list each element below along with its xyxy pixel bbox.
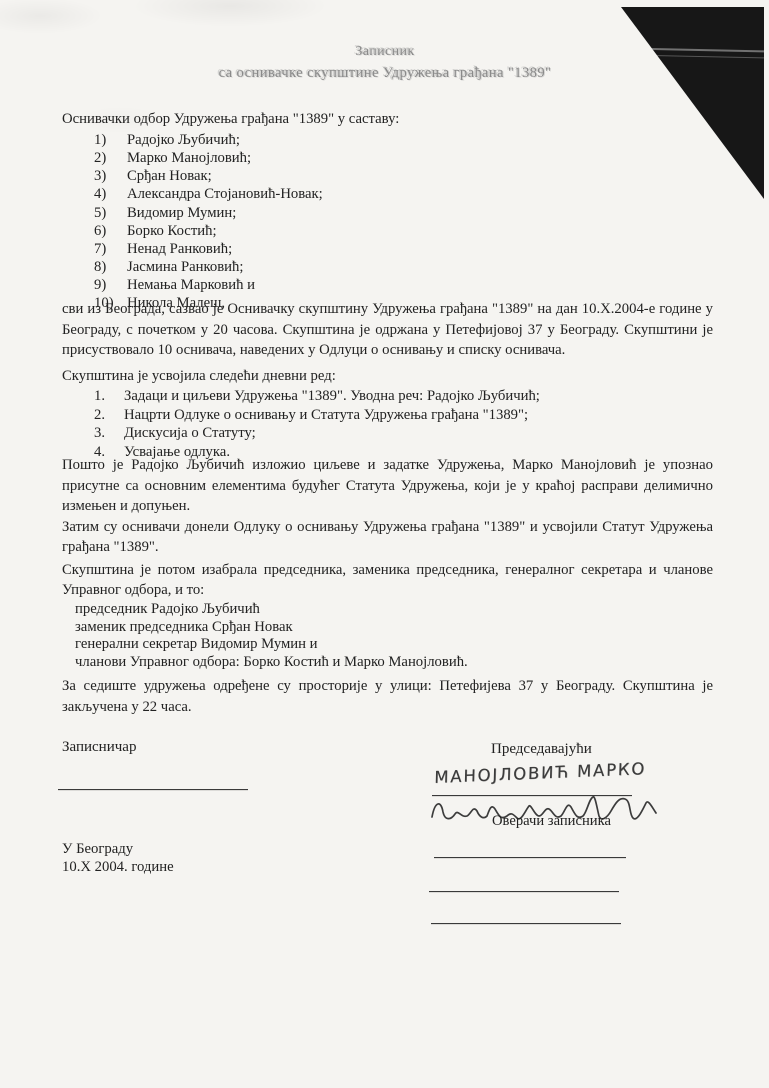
founders-list: 1)Радојко Љубичић; 2)Марко Манојловић; 3…: [94, 131, 323, 313]
list-item: 3)Срђан Новак;: [94, 167, 323, 185]
recorder-signature-line: [58, 789, 248, 790]
list-number: 1): [94, 131, 127, 149]
founder-name: Радојко Љубичић;: [127, 131, 240, 149]
convocation-paragraph: сви из Београда, сазвао је Оснивачку ску…: [62, 299, 713, 361]
list-item: 1.Задаци и циљеви Удружења "1389". Уводн…: [94, 387, 540, 406]
list-item: 9)Немања Марковић и: [94, 276, 323, 294]
list-item: 1)Радојко Љубичић;: [94, 131, 323, 149]
list-number: 2): [94, 149, 127, 167]
seat-paragraph: За седиште удружења одређене су простори…: [62, 676, 713, 717]
list-item: 2)Марко Манојловић;: [94, 149, 323, 167]
list-item: 6)Борко Костић;: [94, 222, 323, 240]
agenda-list: 1.Задаци и циљеви Удружења "1389". Уводн…: [94, 387, 540, 461]
list-number: 9): [94, 276, 127, 294]
certifier-signature-line-1: [434, 857, 626, 858]
founder-name: Видомир Мумин;: [127, 204, 236, 222]
list-number: 2.: [94, 406, 124, 425]
certifiers-label: Оверачи записника: [492, 813, 611, 830]
recorder-label: Записничар: [62, 739, 136, 756]
founder-name: Ненад Ранковић;: [127, 240, 232, 258]
founder-name: Борко Костић;: [127, 222, 217, 240]
document-title: Записник: [60, 44, 710, 60]
chairman-label: Председавајући: [491, 741, 592, 758]
agenda-item-text: Нацрти Одлуке о оснивању и Статута Удруж…: [124, 406, 528, 425]
date-line: 10.Х 2004. године: [62, 859, 174, 876]
list-item: 2.Нацрти Одлуке о оснивању и Статута Удр…: [94, 406, 540, 425]
agenda-lead: Скупштина је усвојила следећи дневни ред…: [62, 368, 713, 385]
list-number: 1.: [94, 387, 124, 406]
list-number: 5): [94, 204, 127, 222]
chairman-handwritten-name: МАНОЈЛОВИЋ МАРКО: [434, 759, 646, 787]
certifier-signature-line-3: [431, 923, 621, 924]
election-lead: Скупштина је потом изабрала председника,…: [62, 561, 713, 600]
agenda-item-text: Дискусија о Статуту;: [124, 424, 256, 443]
scan-corner-artifact: [621, 7, 764, 199]
agenda-item-text: Задаци и циљеви Удружења "1389". Уводна …: [124, 387, 540, 406]
list-item: 7)Ненад Ранковић;: [94, 240, 323, 258]
statute-discussion-paragraph: Пошто је Радојко Љубичић изложио циљеве …: [62, 455, 713, 517]
list-number: 3): [94, 167, 127, 185]
list-number: 7): [94, 240, 127, 258]
list-number: 6): [94, 222, 127, 240]
officer-line: генерални секретар Видомир Мумин и: [75, 636, 713, 654]
document-subtitle: са оснивачке скупштине Удружења грађана …: [60, 65, 710, 82]
scanned-document-page: Записник са оснивачке скупштине Удружења…: [0, 0, 769, 1088]
founder-name: Јасмина Ранковић;: [127, 258, 243, 276]
place-line: У Београду: [62, 841, 133, 858]
officer-line: председник Радојко Љубичић: [75, 601, 713, 619]
election-block: Скупштина је потом изабрала председника,…: [62, 561, 713, 671]
officer-line: заменик председника Срђан Новак: [75, 619, 713, 637]
list-item: 3.Дискусија о Статуту;: [94, 424, 540, 443]
founder-name: Марко Манојловић;: [127, 149, 251, 167]
list-item: 4)Александра Стојановић-Новак;: [94, 185, 323, 203]
list-number: 4): [94, 185, 127, 203]
list-item: 5)Видомир Мумин;: [94, 204, 323, 222]
elected-officers-list: председник Радојко Љубичић заменик предс…: [62, 601, 713, 671]
chairman-signature-line: [432, 795, 632, 796]
founder-name: Срђан Новак;: [127, 167, 212, 185]
list-item: 8)Јасмина Ранковић;: [94, 258, 323, 276]
certifier-signature-line-2: [429, 891, 619, 892]
list-number: 8): [94, 258, 127, 276]
founders-lead: Оснивачки одбор Удружења грађана "1389" …: [62, 111, 713, 128]
decision-adopted-paragraph: Затим су оснивачи донели Одлуку о оснива…: [62, 517, 713, 558]
founder-name: Немања Марковић и: [127, 276, 255, 294]
discussion-block: Пошто је Радојко Љубичић изложио циљеве …: [62, 455, 713, 558]
document-header: Записник са оснивачке скупштине Удружења…: [60, 44, 710, 82]
list-number: 3.: [94, 424, 124, 443]
officer-line: чланови Управног одбора: Борко Костић и …: [75, 654, 713, 672]
founder-name: Александра Стојановић-Новак;: [127, 185, 323, 203]
